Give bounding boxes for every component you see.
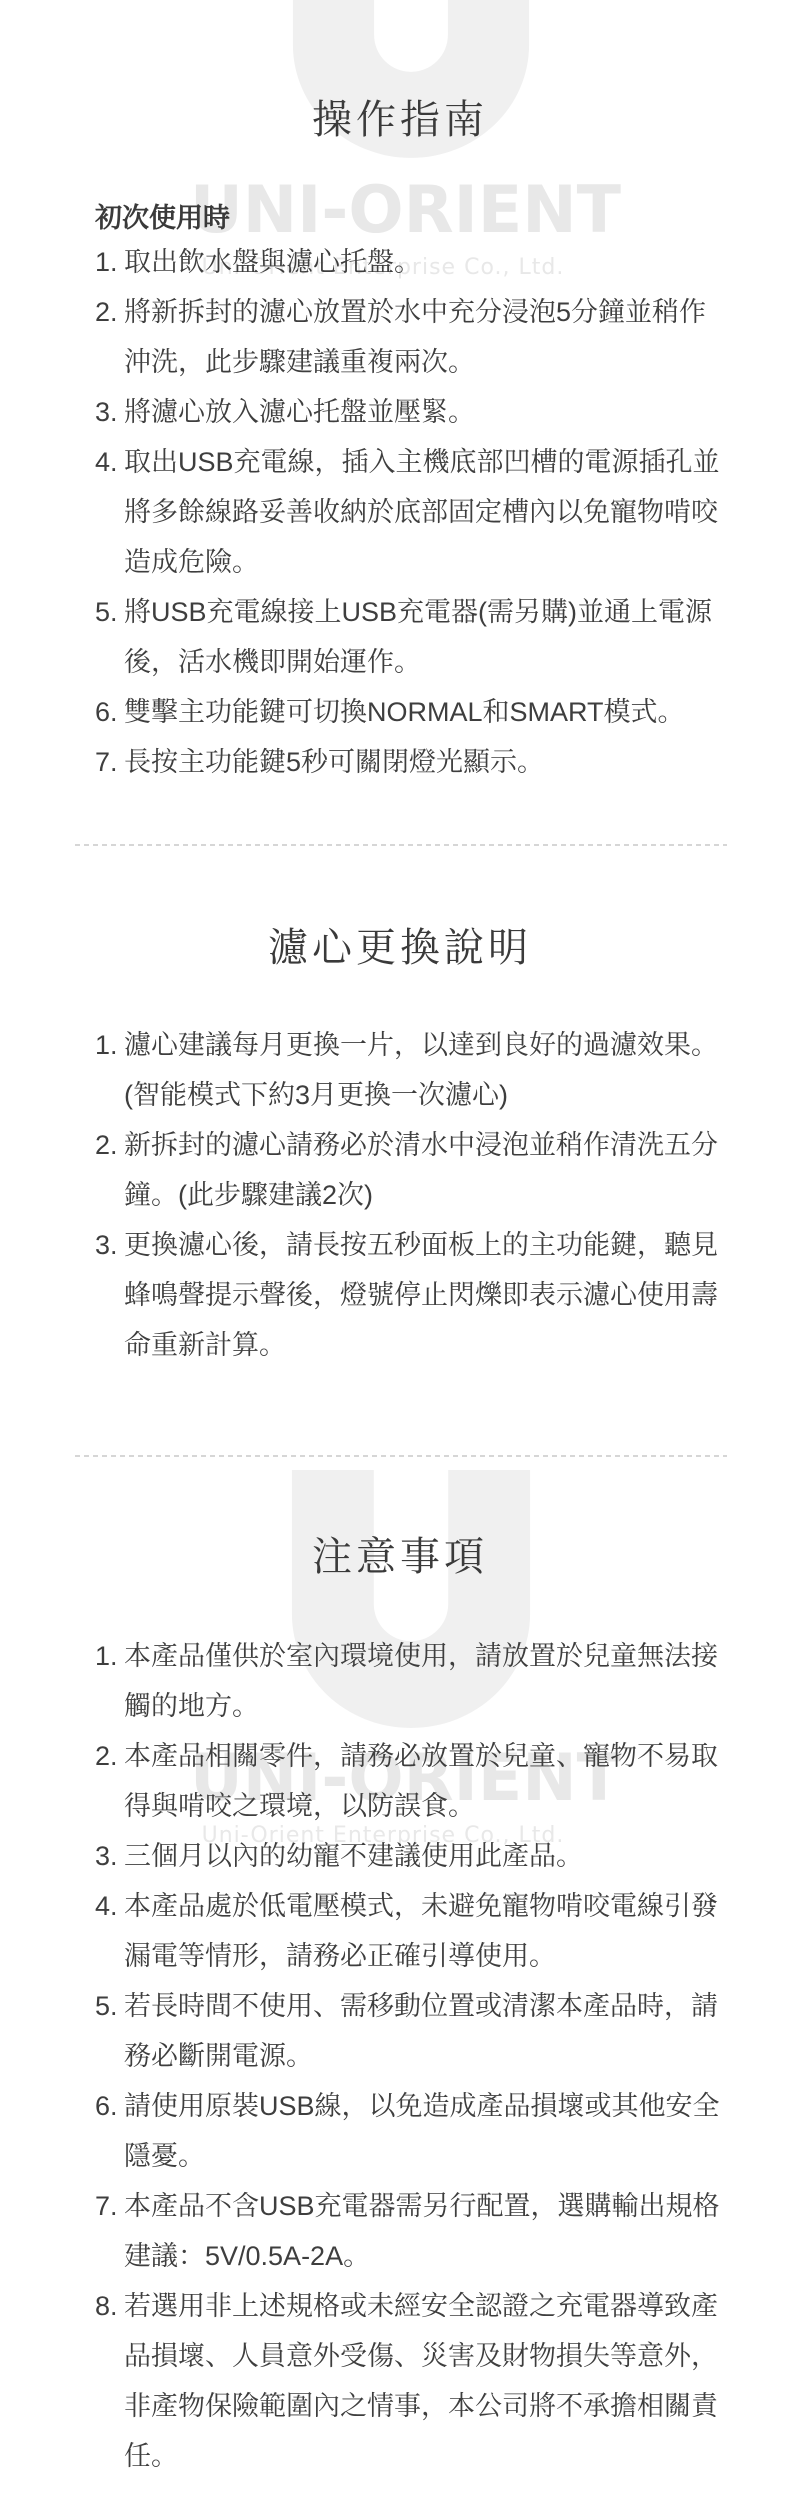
list-item: 3. 將濾心放入濾心托盤並壓緊。 <box>95 387 727 437</box>
step-number: 2. <box>95 1120 124 1170</box>
step-number: 6. <box>95 2081 124 2131</box>
step-number: 2. <box>95 1731 124 1781</box>
list-item: 5. 若長時間不使用、需移動位置或清潔本產品時，請務必斷開電源。 <box>95 1981 727 2081</box>
step-text: 取出飲水盤與濾心托盤。 <box>124 247 421 277</box>
step-number: 2. <box>95 287 124 337</box>
list-item: 7. 本產品不含USB充電器需另行配置，選購輸出規格建議：5V/0.5A-2A。 <box>95 2181 727 2281</box>
step-text: 新拆封的濾心請務必於清水中浸泡並稍作清洗五分鐘。(此步驟建議2次) <box>124 1130 718 1210</box>
step-number: 7. <box>95 2181 124 2231</box>
step-text: 取出USB充電線，插入主機底部凹槽的電源插孔並將多餘線路妥善收納於底部固定槽內以… <box>124 447 720 577</box>
list-item: 2. 將新拆封的濾心放置於水中充分浸泡5分鐘並稍作沖洗，此步驟建議重複兩次。 <box>95 287 727 387</box>
step-number: 3. <box>95 1220 124 1270</box>
section-title-precautions: 注意事項 <box>0 1535 800 1579</box>
list-item: 4. 取出USB充電線，插入主機底部凹槽的電源插孔並將多餘線路妥善收納於底部固定… <box>95 437 727 587</box>
step-number: 1. <box>95 1631 124 1681</box>
brand-watermark-name: UNI-ORIENT <box>190 178 576 243</box>
list-item: 7. 長按主功能鍵5秒可關閉燈光顯示。 <box>95 737 727 787</box>
list-item: 2. 新拆封的濾心請務必於清水中浸泡並稍作清洗五分鐘。(此步驟建議2次) <box>95 1120 727 1220</box>
step-number: 1. <box>95 237 124 287</box>
step-text: 本產品僅供於室內環境使用，請放置於兒童無法接觸的地方。 <box>124 1641 718 1721</box>
step-text: 將濾心放入濾心托盤並壓緊。 <box>124 397 475 427</box>
list-item: 1. 濾心建議每月更換一片，以達到良好的過濾效果。(智能模式下約3月更換一次濾心… <box>95 1020 727 1120</box>
list-item: 1. 取出飲水盤與濾心托盤。 <box>95 237 727 287</box>
step-text: 將新拆封的濾心放置於水中充分浸泡5分鐘並稍作沖洗，此步驟建議重複兩次。 <box>124 297 706 377</box>
precautions-list: 1. 本產品僅供於室內環境使用，請放置於兒童無法接觸的地方。 2. 本產品相關零… <box>95 1631 727 2481</box>
filter-replacement-steps-list: 1. 濾心建議每月更換一片，以達到良好的過濾效果。(智能模式下約3月更換一次濾心… <box>95 1020 727 1370</box>
operation-steps-list: 1. 取出飲水盤與濾心托盤。 2. 將新拆封的濾心放置於水中充分浸泡5分鐘並稍作… <box>95 237 727 787</box>
step-number: 7. <box>95 737 124 787</box>
step-text: 更換濾心後，請長按五秒面板上的主功能鍵，聽見蜂鳴聲提示聲後，燈號停止閃爍即表示濾… <box>124 1230 718 1360</box>
step-number: 8. <box>95 2281 124 2331</box>
step-text: 若選用非上述規格或未經安全認證之充電器導致產品損壞、人員意外受傷、災害及財物損失… <box>124 2291 718 2471</box>
list-item: 1. 本產品僅供於室內環境使用，請放置於兒童無法接觸的地方。 <box>95 1631 727 1731</box>
step-text: 長按主功能鍵5秒可關閉燈光顯示。 <box>124 747 544 777</box>
step-text: 三個月以內的幼寵不建議使用此產品。 <box>124 1841 583 1871</box>
step-text: 濾心建議每月更換一片，以達到良好的過濾效果。(智能模式下約3月更換一次濾心) <box>124 1030 718 1110</box>
step-number: 3. <box>95 1831 124 1881</box>
section-title-filter-replacement: 濾心更換說明 <box>0 926 800 970</box>
instruction-manual-page: UNI-ORIENT Uni-Orient Enterprise Co., Lt… <box>0 0 800 2515</box>
step-text: 本產品相關零件，請務必放置於兒童、寵物不易取得與啃咬之環境，以防誤食。 <box>124 1741 718 1821</box>
list-item: 3. 更換濾心後，請長按五秒面板上的主功能鍵，聽見蜂鳴聲提示聲後，燈號停止閃爍即… <box>95 1220 727 1370</box>
list-item: 6. 請使用原裝USB線，以免造成產品損壞或其他安全隱憂。 <box>95 2081 727 2181</box>
step-text: 本產品處於低電壓模式，未避免寵物啃咬電線引發漏電等情形，請務必正確引導使用。 <box>124 1891 718 1971</box>
section-title-operation-guide: 操作指南 <box>0 98 800 142</box>
step-number: 6. <box>95 687 124 737</box>
step-text: 若長時間不使用、需移動位置或清潔本產品時，請務必斷開電源。 <box>124 1991 718 2071</box>
step-number: 1. <box>95 1020 124 1070</box>
step-number: 3. <box>95 387 124 437</box>
step-number: 5. <box>95 587 124 637</box>
list-item: 2. 本產品相關零件，請務必放置於兒童、寵物不易取得與啃咬之環境，以防誤食。 <box>95 1731 727 1831</box>
step-number: 5. <box>95 1981 124 2031</box>
step-text: 本產品不含USB充電器需另行配置，選購輸出規格建議：5V/0.5A-2A。 <box>124 2191 720 2271</box>
list-item: 5. 將USB充電線接上USB充電器(需另購)並通上電源後，活水機即開始運作。 <box>95 587 727 687</box>
first-use-subheading: 初次使用時 <box>95 201 230 235</box>
step-text: 將USB充電線接上USB充電器(需另購)並通上電源後，活水機即開始運作。 <box>124 597 712 677</box>
section-divider <box>75 844 727 846</box>
step-text: 請使用原裝USB線，以免造成產品損壞或其他安全隱憂。 <box>124 2091 720 2171</box>
list-item: 4. 本產品處於低電壓模式，未避免寵物啃咬電線引發漏電等情形，請務必正確引導使用… <box>95 1881 727 1981</box>
list-item: 6. 雙擊主功能鍵可切換NORMAL和SMART模式。 <box>95 687 727 737</box>
list-item: 8. 若選用非上述規格或未經安全認證之充電器導致產品損壞、人員意外受傷、災害及財… <box>95 2281 727 2481</box>
list-item: 3. 三個月以內的幼寵不建議使用此產品。 <box>95 1831 727 1881</box>
step-number: 4. <box>95 437 124 487</box>
section-divider <box>75 1455 727 1457</box>
step-number: 4. <box>95 1881 124 1931</box>
step-text: 雙擊主功能鍵可切換NORMAL和SMART模式。 <box>124 697 685 727</box>
